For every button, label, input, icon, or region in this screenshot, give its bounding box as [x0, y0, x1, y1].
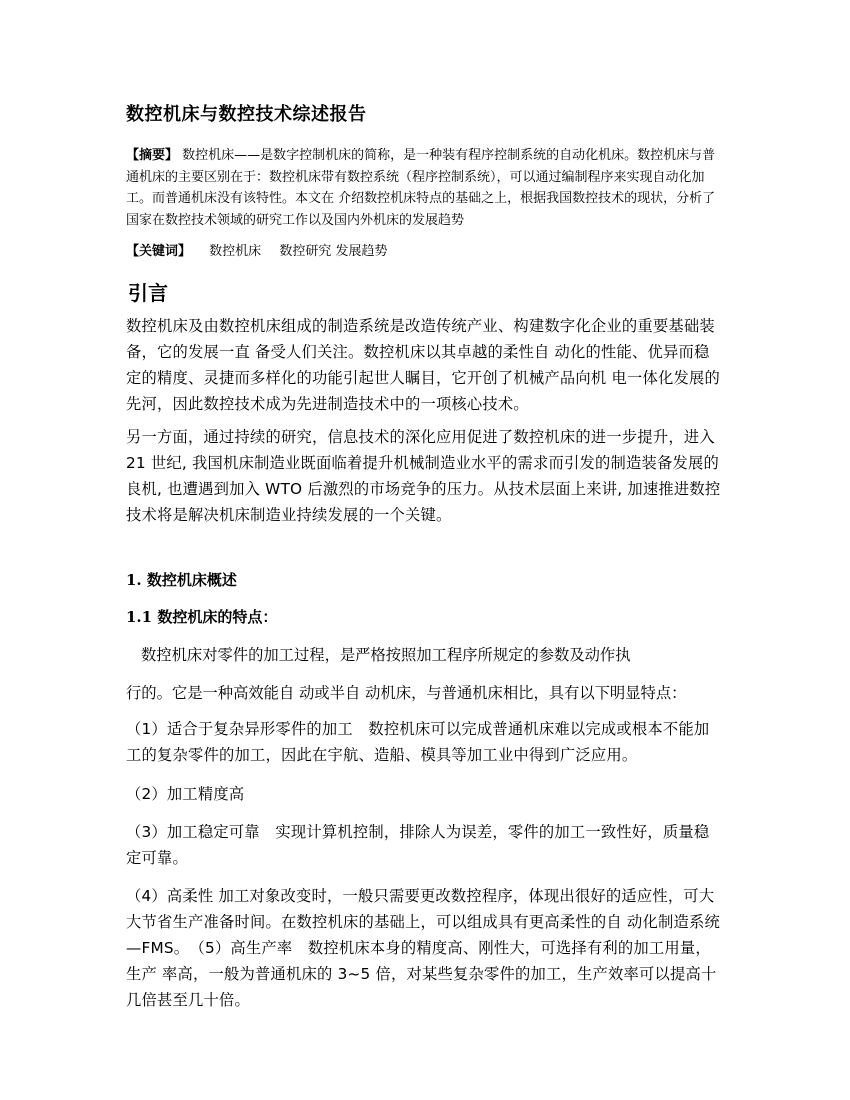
keyword-item: 数控研究 发展趋势 [279, 244, 387, 259]
intro-paragraph: 数控机床及由数控机床组成的制造系统是改造传统产业、构建数字化企业的重要基础装备，… [126, 313, 722, 417]
features-intro-line: 行的。它是一种高效能自 动或半自 动机床，与普通机床相比，具有以下明显特点： [126, 681, 722, 703]
intro-heading: 引言 [128, 277, 724, 306]
abstract-text: 数控机床——是数字控制机床的简称，是一种装有程序控制系统的自动化机床。数控机床与… [126, 148, 715, 228]
feature-item: （4）高柔性 加工对象改变时，一般只需要更改数控程序，体现出很好的适应性，可大大… [126, 883, 722, 1013]
document-title: 数控机床与数控技术综述报告 [126, 100, 722, 126]
abstract-label: 【摘要】 [126, 148, 178, 163]
subsection-heading: 1.1 数控机床的特点： [126, 606, 722, 627]
keywords: 【关键词】 数控机床 数控研究 发展趋势 [126, 241, 722, 262]
feature-item: （3）加工稳定可靠 实现计算机控制，排除人为误差，零件的加工一致性好，质量稳定可… [126, 819, 722, 871]
feature-item: （2）加工精度高 [126, 781, 722, 807]
keyword-item: 数控机床 [209, 244, 261, 259]
section-heading: 1. 数控机床概述 [126, 569, 722, 590]
feature-item: （1）适合于复杂异形零件的加工 数控机床可以完成普通机床难以完成或根本不能加工的… [126, 716, 722, 768]
features-intro-line: 数控机床对零件的加工过程，是严格按照加工程序所规定的参数及动作执 [126, 643, 722, 665]
keywords-label: 【关键词】 [126, 244, 191, 259]
abstract: 【摘要】 数控机床——是数字控制机床的简称，是一种装有程序控制系统的自动化机床。… [126, 145, 722, 231]
intro-paragraph: 另一方面，通过持续的研究，信息技术的深化应用促进了数控机床的进一步提升，进入 2… [126, 424, 722, 528]
